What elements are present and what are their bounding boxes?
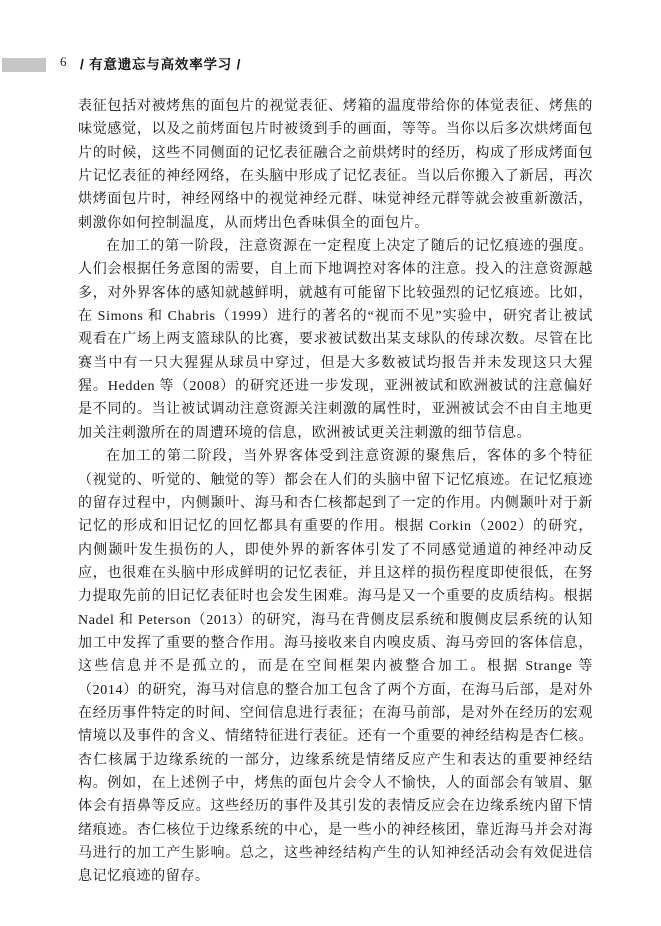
running-title: / 有意遗忘与高效率学习 / [80,53,241,73]
page-body: 表征包括对被烤焦的面包片的视觉表征、烤箱的温度带给你的体觉表征、烤焦的味觉感觉，… [78,95,593,889]
page-number: 6 [60,54,67,70]
page-header: 6 / 有意遗忘与高效率学习 / [0,52,661,76]
body-paragraph-1: 表征包括对被烤焦的面包片的视觉表征、烤箱的温度带给你的体觉表征、烤焦的味觉感觉，… [78,95,593,235]
book-page: 6 / 有意遗忘与高效率学习 / 表征包括对被烤焦的面包片的视觉表征、烤箱的温度… [0,0,661,926]
body-paragraph-2: 在加工的第一阶段，注意资源在一定程度上决定了随后的记忆痕迹的强度。人们会根据任务… [78,235,593,445]
header-decoration-bar [2,58,46,72]
body-paragraph-3: 在加工的第二阶段，当外界客体受到注意资源的聚焦后，客体的多个特征（视觉的、听觉的… [78,445,593,889]
